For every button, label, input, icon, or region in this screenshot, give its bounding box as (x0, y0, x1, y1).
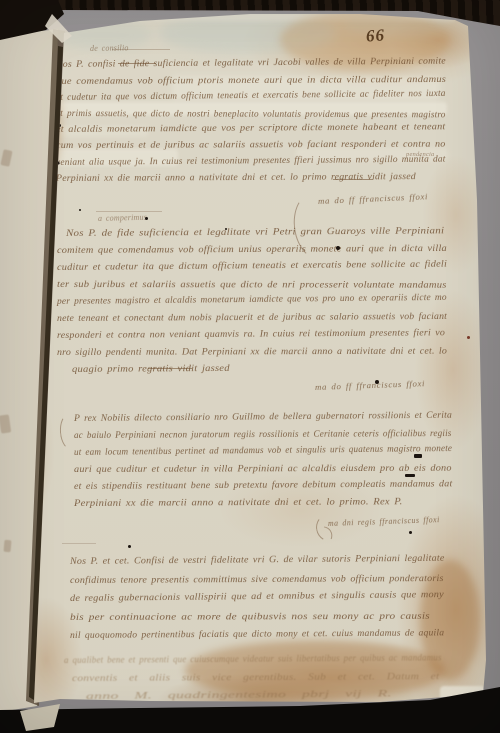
folio-number: 66 (365, 25, 385, 46)
ink-speck (409, 531, 412, 534)
strikethrough-mark (118, 63, 156, 64)
manuscript-line: et alcaldis monetarum iamdicte que vos p… (56, 122, 446, 135)
manuscript-line: que comendamus vob officium ptoris monet… (56, 75, 446, 87)
manuscript-line: per presentes magistro et alcaldis monet… (57, 293, 447, 307)
strikethrough-mark (148, 368, 192, 369)
ink-speck (414, 454, 422, 458)
margin-dash (62, 543, 96, 544)
ink-speck (145, 217, 148, 220)
bleed-through-mark (3, 540, 11, 553)
manuscript-line: anno M. quadringentesimo pbrj vij R. (86, 689, 392, 702)
manuscript-line: cuditur et cudetur ita que dictum offici… (57, 260, 447, 273)
manuscript-photo: 66 de consilio Nos P. confisi de fide su… (0, 0, 500, 733)
manuscript-line: ut eam locum tenentibus pertinet ad mand… (74, 444, 452, 458)
manuscript-line: auri que cuditur et cudetur in villa Per… (74, 464, 452, 475)
manuscript-line: P rex Nobilis dilecto consiliario nro Gu… (74, 411, 452, 424)
chancery-signature: ma dni regis ffranciscus ffoxi (328, 514, 440, 528)
manuscript-line: et primis assuetis, que dicto de nostri … (56, 109, 446, 120)
manuscript-line: Perpiniani xx die marcii anno a nativita… (74, 497, 403, 509)
manuscript-line: bis per continuacione ac more de quibusv… (70, 612, 430, 623)
manuscript-line: confidimus tenore presentis committimus … (70, 574, 444, 586)
manuscript-line: comitem que comendamus vob officium uniu… (57, 244, 447, 256)
manuscript-line: veniant alia usque ja. In cuius rei test… (56, 155, 446, 168)
interlinear-note: pendencia (406, 150, 435, 160)
strikethrough-mark (112, 49, 170, 50)
manuscript-line: responderi et contra non veniant quamvis… (57, 328, 445, 341)
manuscript-line: nro sigillo pendenti munita. Dat Perpini… (57, 347, 447, 358)
strikethrough-mark (96, 211, 162, 212)
manuscript-line: Nos P. de fide suficiencia et legalitate… (66, 226, 444, 239)
manuscript-line: de regalis gubernacionis vallispirii que… (70, 590, 444, 604)
manuscript-line: et eis stipendiis restituant bene sub pr… (74, 479, 453, 492)
manuscript-line: et cudetur ita que vos dictum officium t… (56, 89, 446, 103)
manuscript-page: 66 de consilio Nos P. confisi de fide su… (0, 0, 500, 733)
manuscript-line: nete teneant et conectant dum nobis plac… (57, 312, 447, 324)
ink-speck (79, 209, 81, 211)
manuscript-line: cum vos pertinuis et de juribus ac salar… (56, 140, 446, 151)
manuscript-line: quagio primo regratis vidit jassed (72, 364, 230, 375)
wax-spot (467, 336, 470, 339)
chancery-signature: ma do ff ffranciscus ffoxi (315, 378, 425, 392)
manuscript-line: conventis et aliis suis vice gerentibus.… (72, 672, 439, 684)
ink-speck (128, 545, 131, 548)
ink-speck (405, 474, 415, 477)
manuscript-line: nil quoquomodo pertinentibus faciatis qu… (70, 628, 444, 641)
ink-speck (375, 380, 379, 384)
ink-speck (225, 228, 227, 230)
manuscript-line: Nos P. et cet. Confisi de vestri fidelit… (70, 554, 445, 567)
marginal-note: a comperimus (98, 213, 147, 224)
strikethrough-mark (333, 179, 373, 180)
ink-speck (336, 246, 340, 250)
manuscript-line: ter sub juribus et salariis assuetis que… (57, 280, 447, 291)
manuscript-line: ac baiulo Perpiniani necnon juratorum re… (74, 429, 452, 441)
chancery-signature: ma do ff ffranciscus ffoxi (318, 191, 428, 206)
